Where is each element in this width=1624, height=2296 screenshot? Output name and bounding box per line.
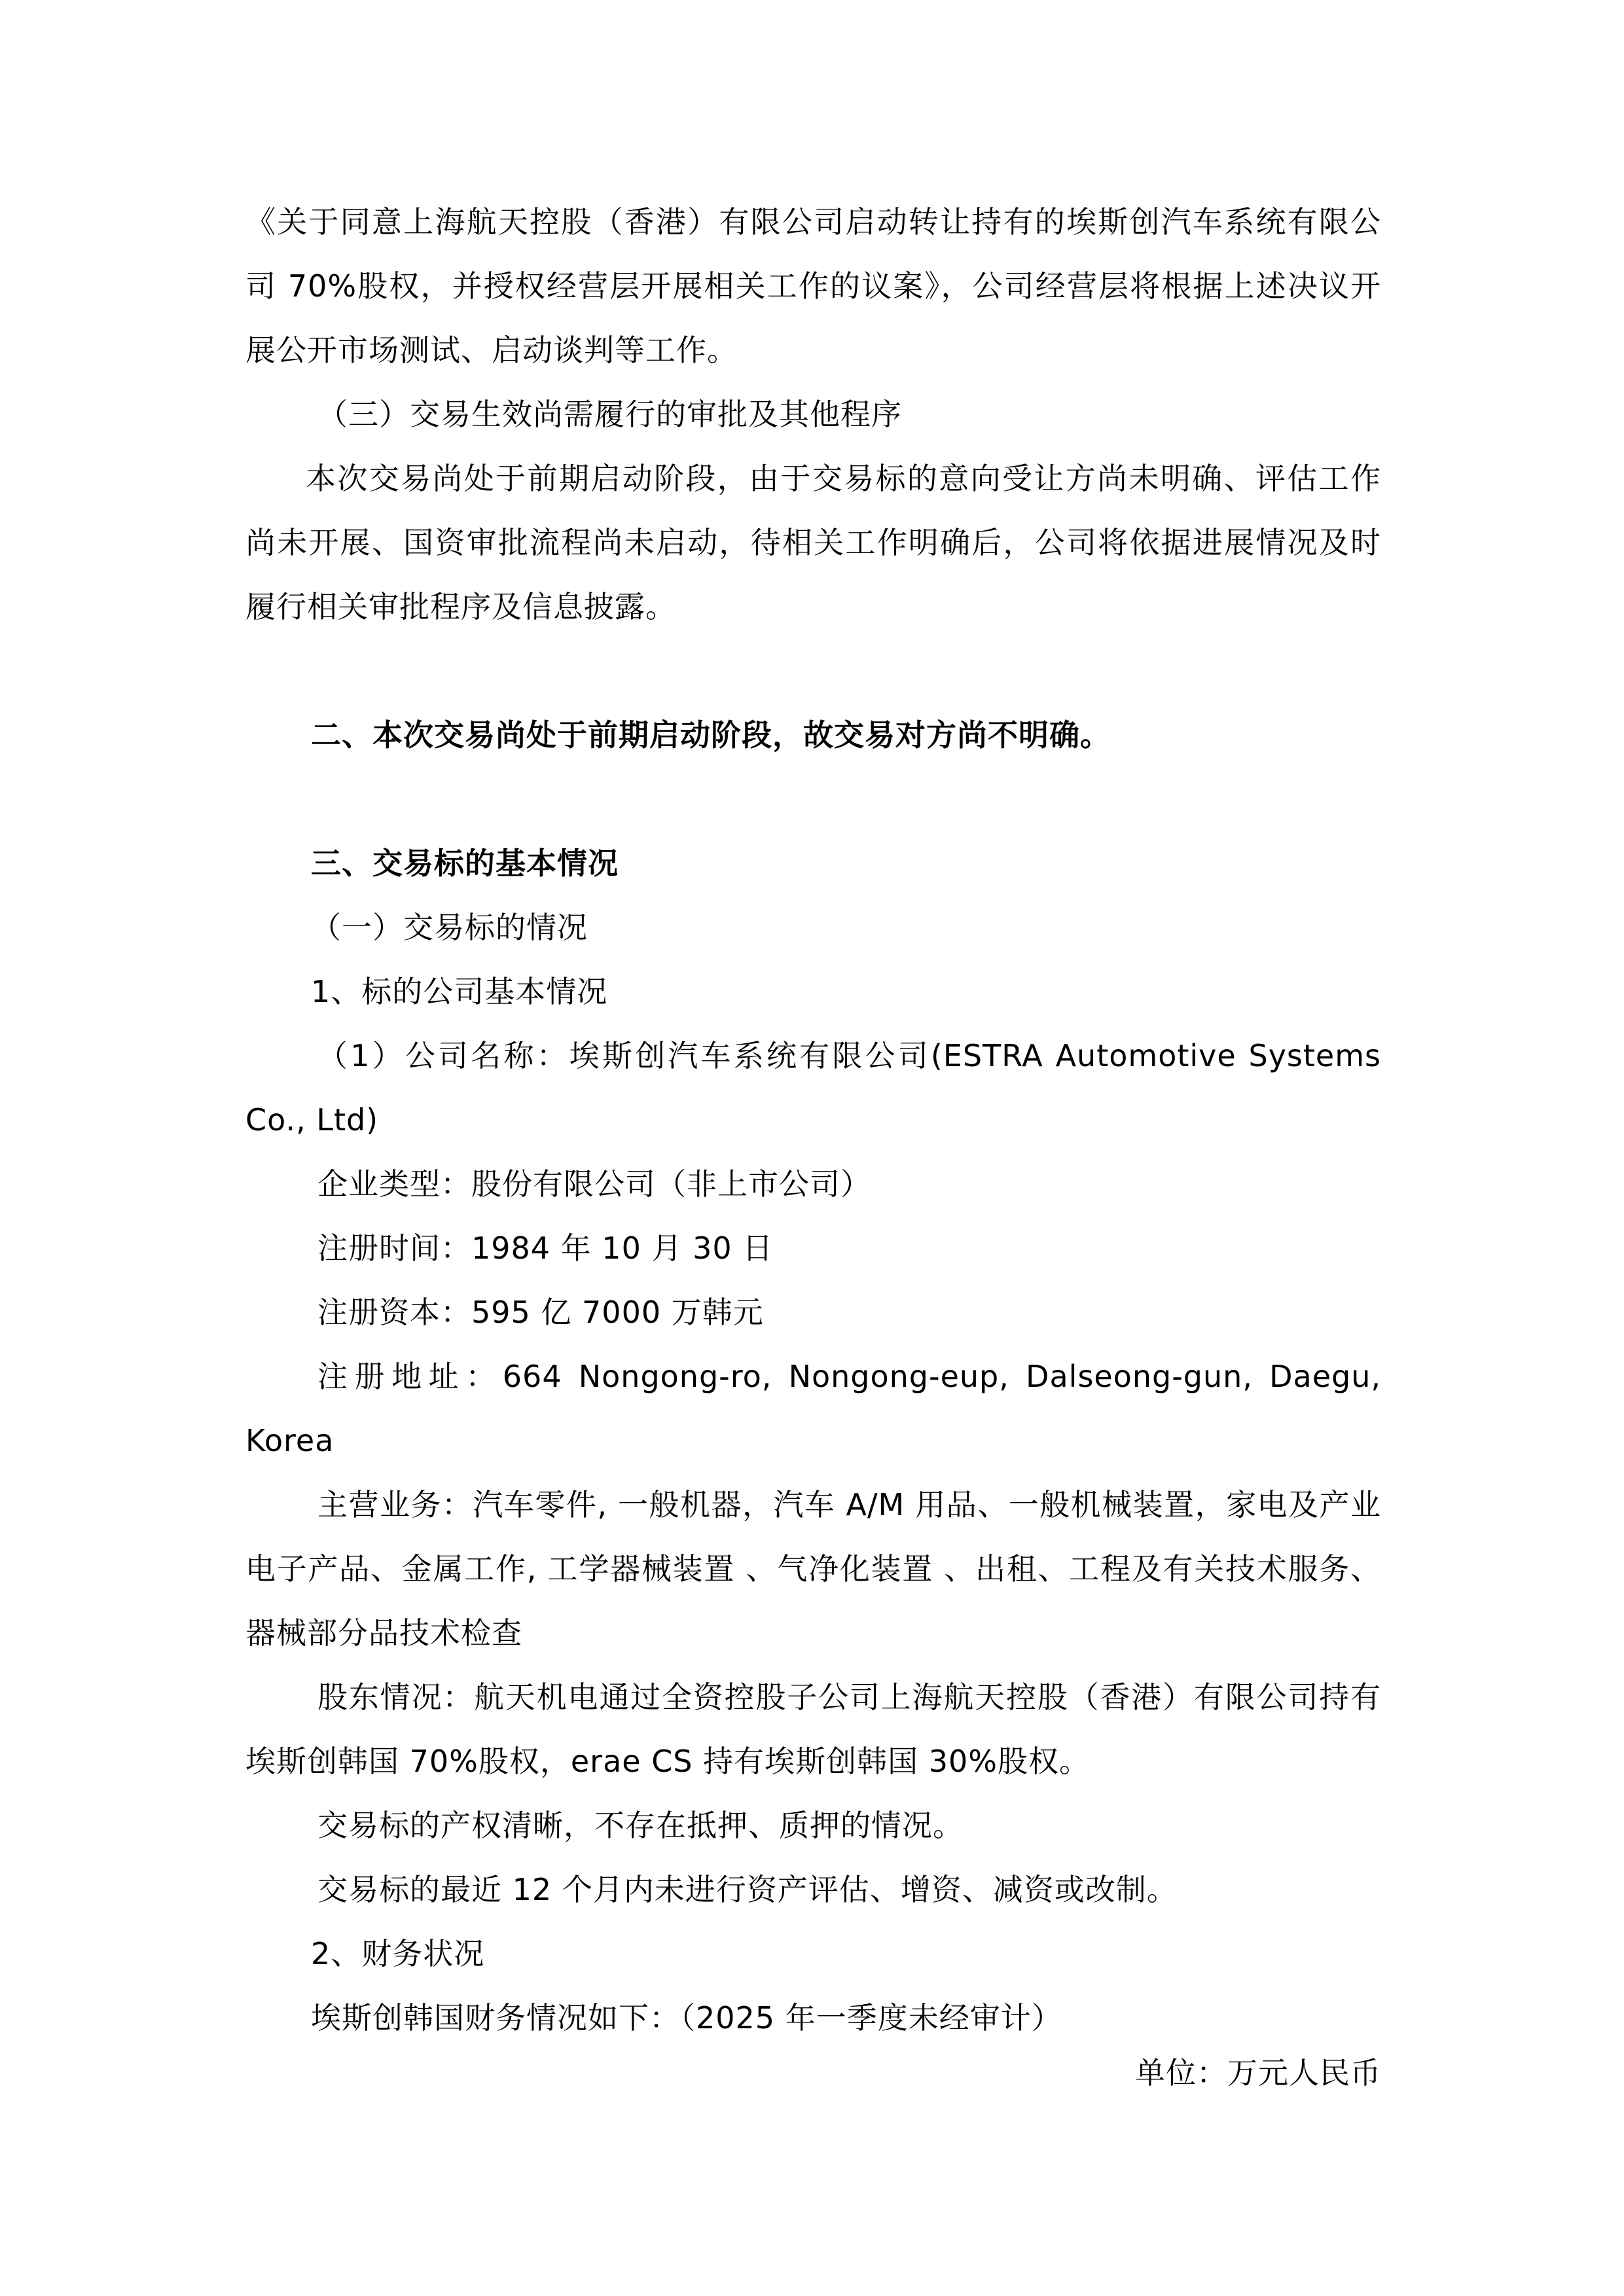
property-clear: 交易标的产权清晰，不存在抵押、质押的情况。 (245, 1793, 1381, 1857)
field-value: 595 亿 7000 万韩元 (471, 1295, 764, 1330)
field-registration-date: 注册时间：1984 年 10 月 30 日 (245, 1216, 1381, 1280)
field-label: 注册时间： (317, 1230, 471, 1266)
field-label: 注册资本： (317, 1295, 471, 1330)
field-registered-capital: 注册资本：595 亿 7000 万韩元 (245, 1280, 1381, 1344)
shareholders: 股东情况：航天机电通过全资控股子公司上海航天控股（香港）有限公司持有埃斯创韩国 … (245, 1665, 1381, 1793)
financial-intro: 埃斯创韩国财务情况如下：（2025 年一季度未经审计） (245, 1986, 1381, 2050)
section-1-3-title: （三）交易生效尚需履行的审批及其他程序 (245, 382, 1381, 446)
field-label: 企业类型： (317, 1166, 471, 1202)
unit-label: 单位：万元人民币 (245, 2050, 1381, 2096)
section-3-sub-1: （一）交易标的情况 (245, 895, 1381, 960)
field-value: 股份有限公司（非上市公司） (471, 1166, 871, 1202)
section-2-heading: 二、本次交易尚处于前期启动阶段，故交易对方尚不明确。 (245, 703, 1381, 767)
main-business: 主营业务：汽车零件, 一般机器，汽车 A/M 用品、一般机械装置，家电及产业电子… (245, 1473, 1381, 1665)
no-changes: 交易标的最近 12 个月内未进行资产评估、增资、减资或改制。 (245, 1857, 1381, 1922)
field-enterprise-type: 企业类型：股份有限公司（非上市公司） (245, 1152, 1381, 1216)
section-3-item-1: 1、标的公司基本情况 (245, 960, 1381, 1024)
intro-paragraph: 《关于同意上海航天控股（香港）有限公司启动转让持有的埃斯创汽车系统有限公司 70… (245, 190, 1381, 382)
field-registered-address: 注册地址：664 Nongong-ro, Nongong-eup, Dalseo… (245, 1344, 1381, 1473)
section-3-item-2: 2、财务状况 (245, 1922, 1381, 1986)
document-page: 《关于同意上海航天控股（香港）有限公司启动转让持有的埃斯创汽车系统有限公司 70… (245, 190, 1381, 2096)
field-value: 1984 年 10 月 30 日 (471, 1230, 773, 1266)
field-label: 注册地址： (317, 1359, 503, 1394)
company-name: （1）公司名称：埃斯创汽车系统有限公司(ESTRA Automotive Sys… (245, 1024, 1381, 1152)
section-3-heading: 三、交易标的基本情况 (245, 831, 1381, 895)
section-1-3-body: 本次交易尚处于前期启动阶段，由于交易标的意向受让方尚未明确、评估工作尚未开展、国… (245, 446, 1381, 639)
